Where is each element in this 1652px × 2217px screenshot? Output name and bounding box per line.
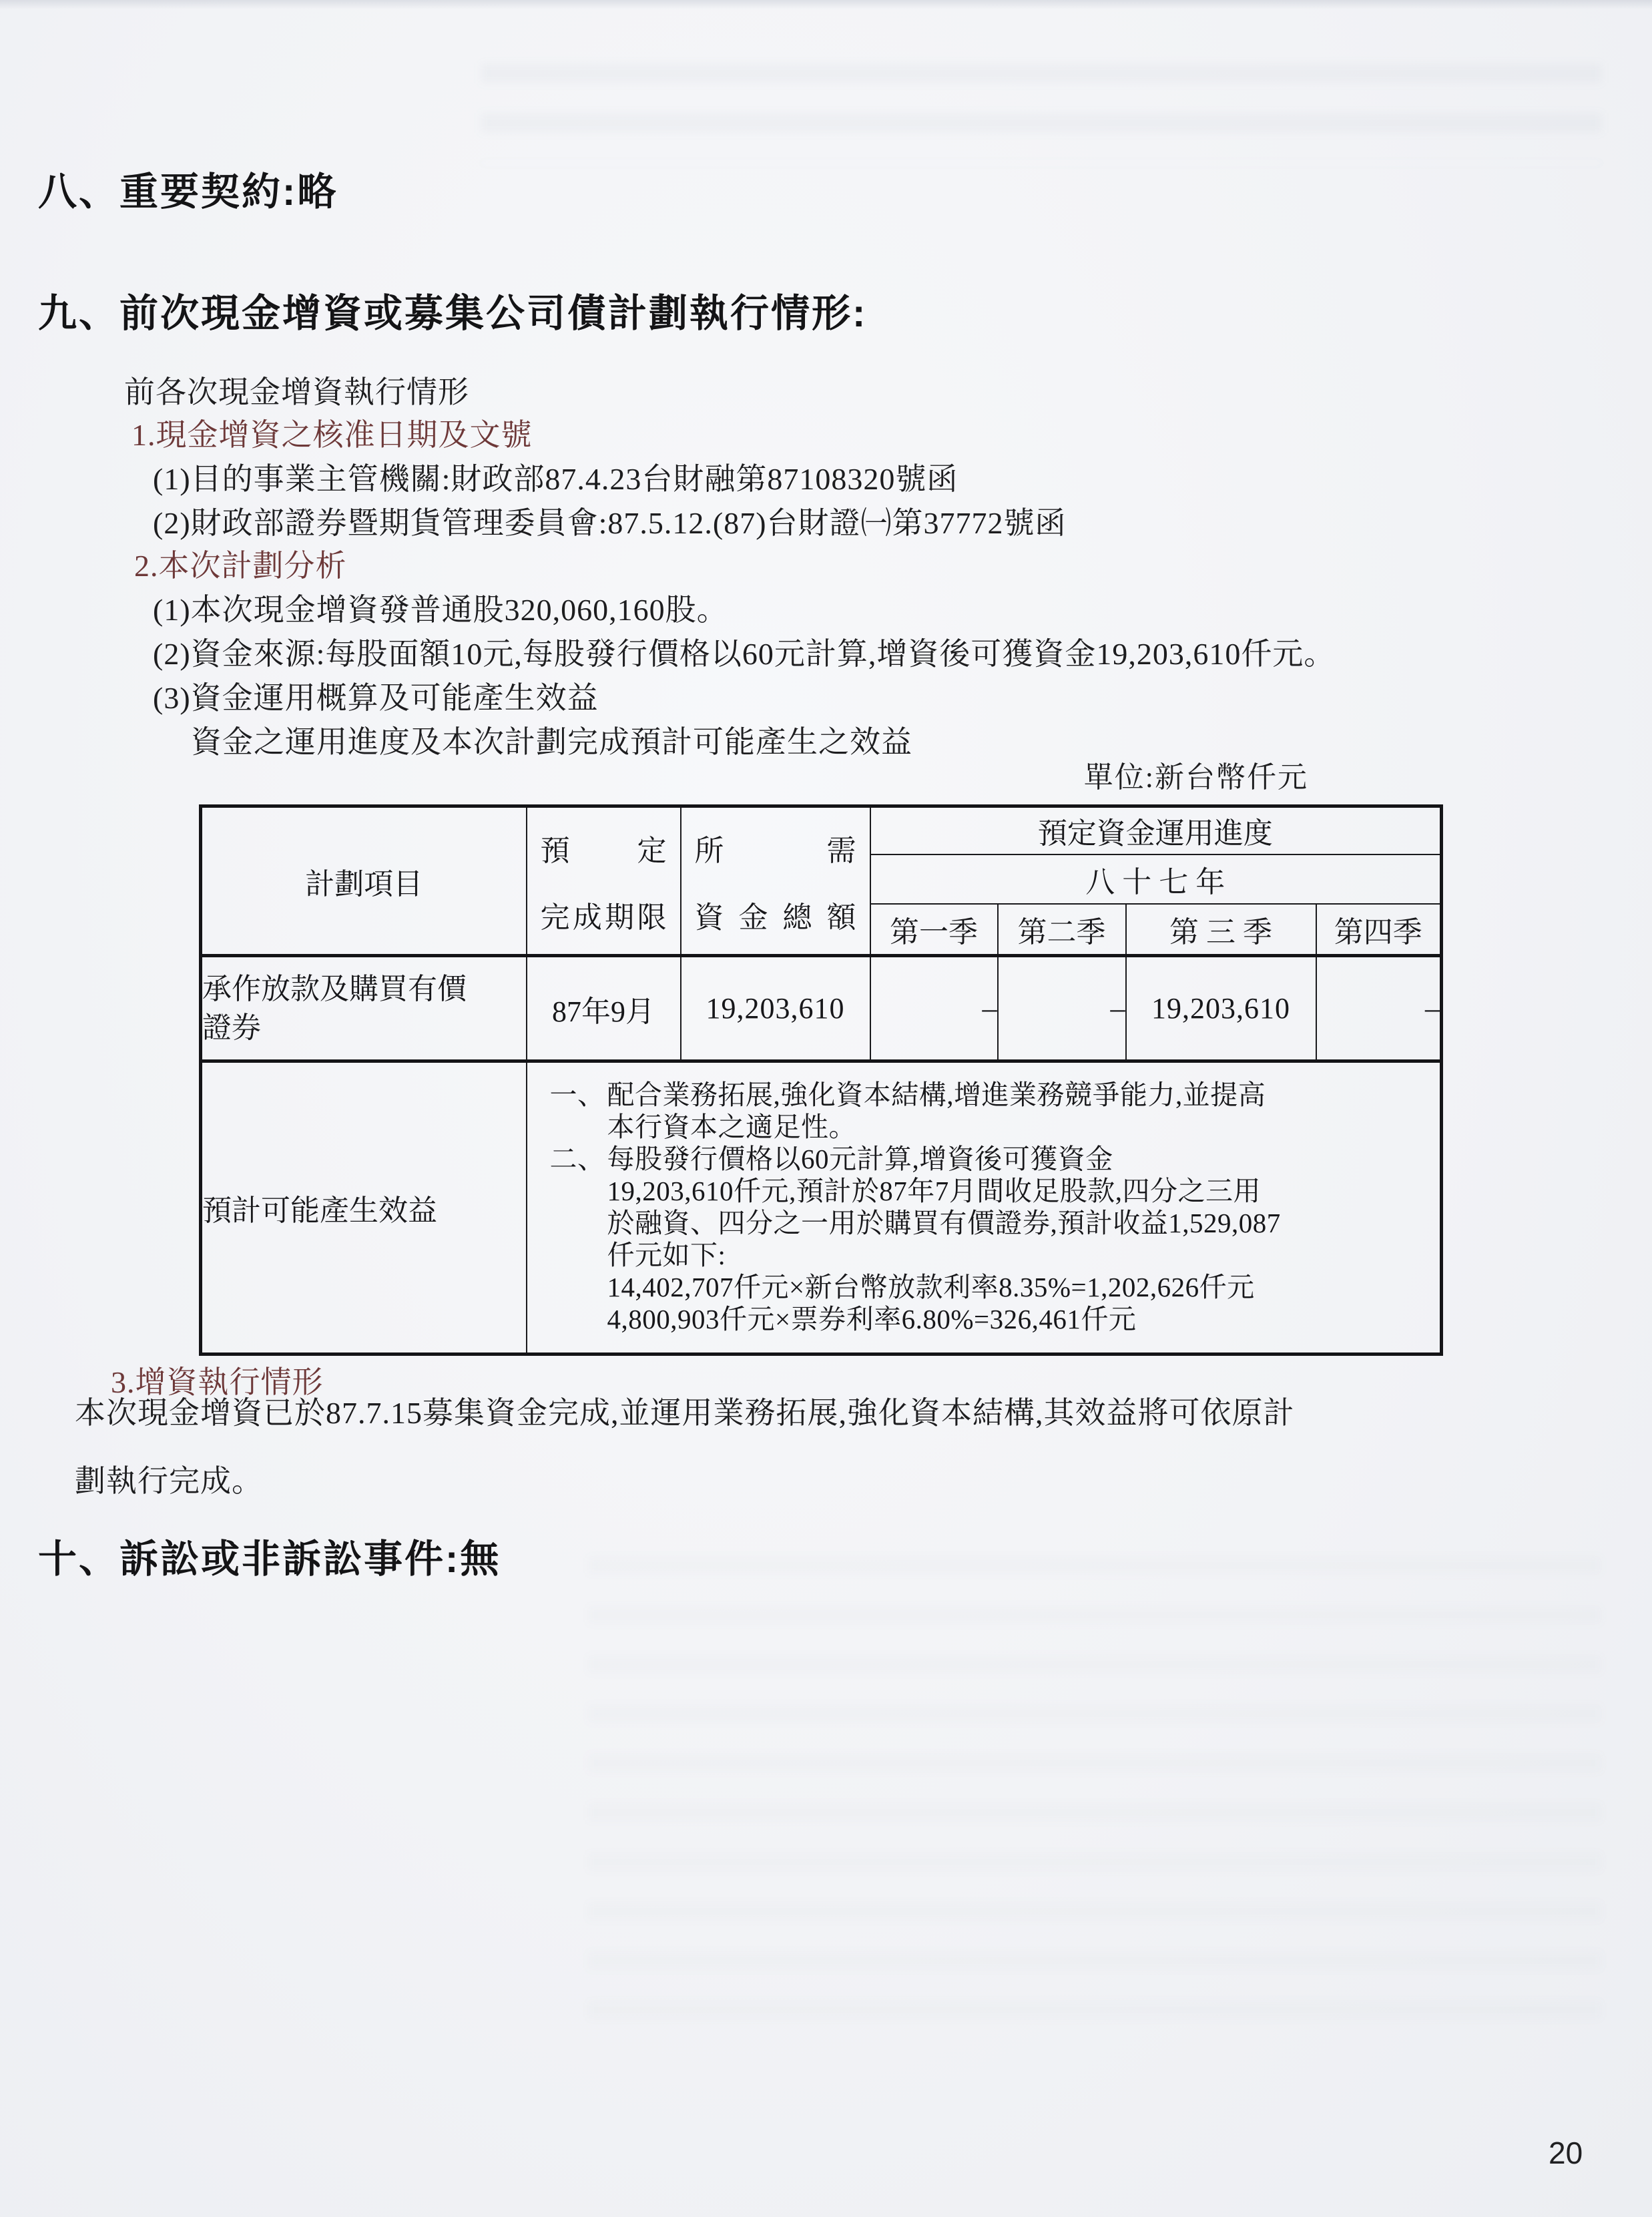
item2-note: 資金之運用進度及本次計劃完成預計可能產生之效益 <box>191 718 912 762</box>
header-q2: 第二季 <box>998 904 1126 956</box>
item2-sub2: (2)資金來源:每股面額10元,每股發行價格以60元計算,增資後可獲資金19,2… <box>153 630 1335 674</box>
header-amount-line2: 資金總額 <box>695 893 856 936</box>
bleed-through-bottom <box>587 1555 1602 2023</box>
table-row: 承作放款及購買有價 證券 87年9月 19,203,610 – – 19,203… <box>201 956 1442 1061</box>
header-q1: 第一季 <box>870 904 998 956</box>
row-q3: 19,203,610 <box>1126 956 1316 1061</box>
benefit-line: 19,203,610仟元,預計於87年7月間收足股款,四分之三用 <box>607 1175 1428 1207</box>
row-q2: – <box>998 956 1126 1061</box>
header-q3: 第 三 季 <box>1126 904 1316 956</box>
header-deadline-line1: 預 定 <box>541 826 667 869</box>
header-amount: 所 需 資金總額 <box>681 806 870 956</box>
fund-utilization-table: 計劃項目 預 定 完成期限 所 需 資金總額 預定資金運用進度 八 十 七 年 <box>199 804 1443 1356</box>
benefit-line: 14,402,707仟元×新台幣放款利率8.35%=1,202,626仟元 <box>607 1271 1428 1303</box>
item2-sub3: (3)資金運用概算及可能產生效益 <box>153 674 599 718</box>
benefit-item-2-marker: 二、 <box>550 1143 607 1175</box>
item1-title: 1.現金增資之核准日期及文號 <box>131 411 533 455</box>
benefit-item-1-marker: 一、 <box>550 1079 607 1111</box>
header-deadline-line2: 完成期限 <box>541 893 667 936</box>
benefit-line: 於融資、四分之一用於購買有價證券,預計收益1,529,087 <box>607 1207 1428 1239</box>
benefit-line: 4,800,903仟元×票券利率6.80%=326,461仟元 <box>607 1303 1428 1335</box>
row-deadline: 87年9月 <box>527 956 681 1061</box>
benefit-line: 配合業務拓展,強化資本結構,增進業務競爭能力,並提高 <box>607 1079 1428 1111</box>
benefits-row: 預計可能產生效益 一、 配合業務拓展,強化資本結構,增進業務競爭能力,並提高 本… <box>201 1061 1442 1354</box>
header-deadline: 預 定 完成期限 <box>527 806 681 956</box>
item3-paragraph: 本次現金增資已於87.7.15募集資金完成,並運用業務拓展,強化資本結構,其效益… <box>75 1379 1603 1515</box>
intro-line: 前各次現金增資執行情形 <box>124 368 469 412</box>
benefit-line: 本行資本之適足性。 <box>607 1111 1428 1143</box>
benefits-label: 預計可能產生效益 <box>201 1061 527 1354</box>
header-project: 計劃項目 <box>201 806 527 956</box>
row-project: 承作放款及購買有價 證券 <box>201 956 527 1061</box>
row-total: 19,203,610 <box>681 956 870 1061</box>
item1-sub1: (1)目的事業主管機關:財政部87.4.23台財融第87108320號函 <box>153 455 958 499</box>
benefit-item-2: 二、 每股發行價格以60元計算,增資後可獲資金 19,203,610仟元,預計於… <box>550 1143 1428 1335</box>
table-unit-label: 單位:新台幣仟元 <box>995 753 1308 796</box>
benefit-line: 仟元如下: <box>607 1239 1428 1271</box>
header-year: 八 十 七 年 <box>870 854 1442 904</box>
item1-sub2: (2)財政部證券暨期貨管理委員會:87.5.12.(87)台財證㈠第37772號… <box>153 499 1067 543</box>
header-progress-title: 預定資金運用進度 <box>870 806 1442 854</box>
row-q1: – <box>870 956 998 1061</box>
scanned-document-page: 八、重要契約:略 九、前次現金增資或募集公司債計劃執行情形: 前各次現金增資執行… <box>0 0 1652 2217</box>
section-9-heading: 九、前次現金增資或募集公司債計劃執行情形: <box>38 282 867 338</box>
benefits-content: 一、 配合業務拓展,強化資本結構,增進業務競爭能力,並提高 本行資本之適足性。 … <box>527 1061 1442 1354</box>
benefit-line: 每股發行價格以60元計算,增資後可獲資金 <box>607 1143 1428 1175</box>
bleed-through-top <box>481 63 1602 164</box>
benefit-item-1: 一、 配合業務拓展,強化資本結構,增進業務競爭能力,並提高 本行資本之適足性。 <box>550 1079 1428 1143</box>
page-number: 20 <box>1549 2135 1583 2171</box>
item2-title: 2.本次計劃分析 <box>134 541 347 585</box>
header-amount-line1: 所 需 <box>695 826 856 869</box>
row-q4: – <box>1316 956 1442 1061</box>
item2-sub1: (1)本次現金增資發普通股320,060,160股。 <box>153 585 728 630</box>
section-10-heading: 十、訴訟或非訴訟事件:無 <box>38 1527 501 1583</box>
section-8-heading: 八、重要契約:略 <box>38 160 338 216</box>
header-q4: 第四季 <box>1316 904 1442 956</box>
